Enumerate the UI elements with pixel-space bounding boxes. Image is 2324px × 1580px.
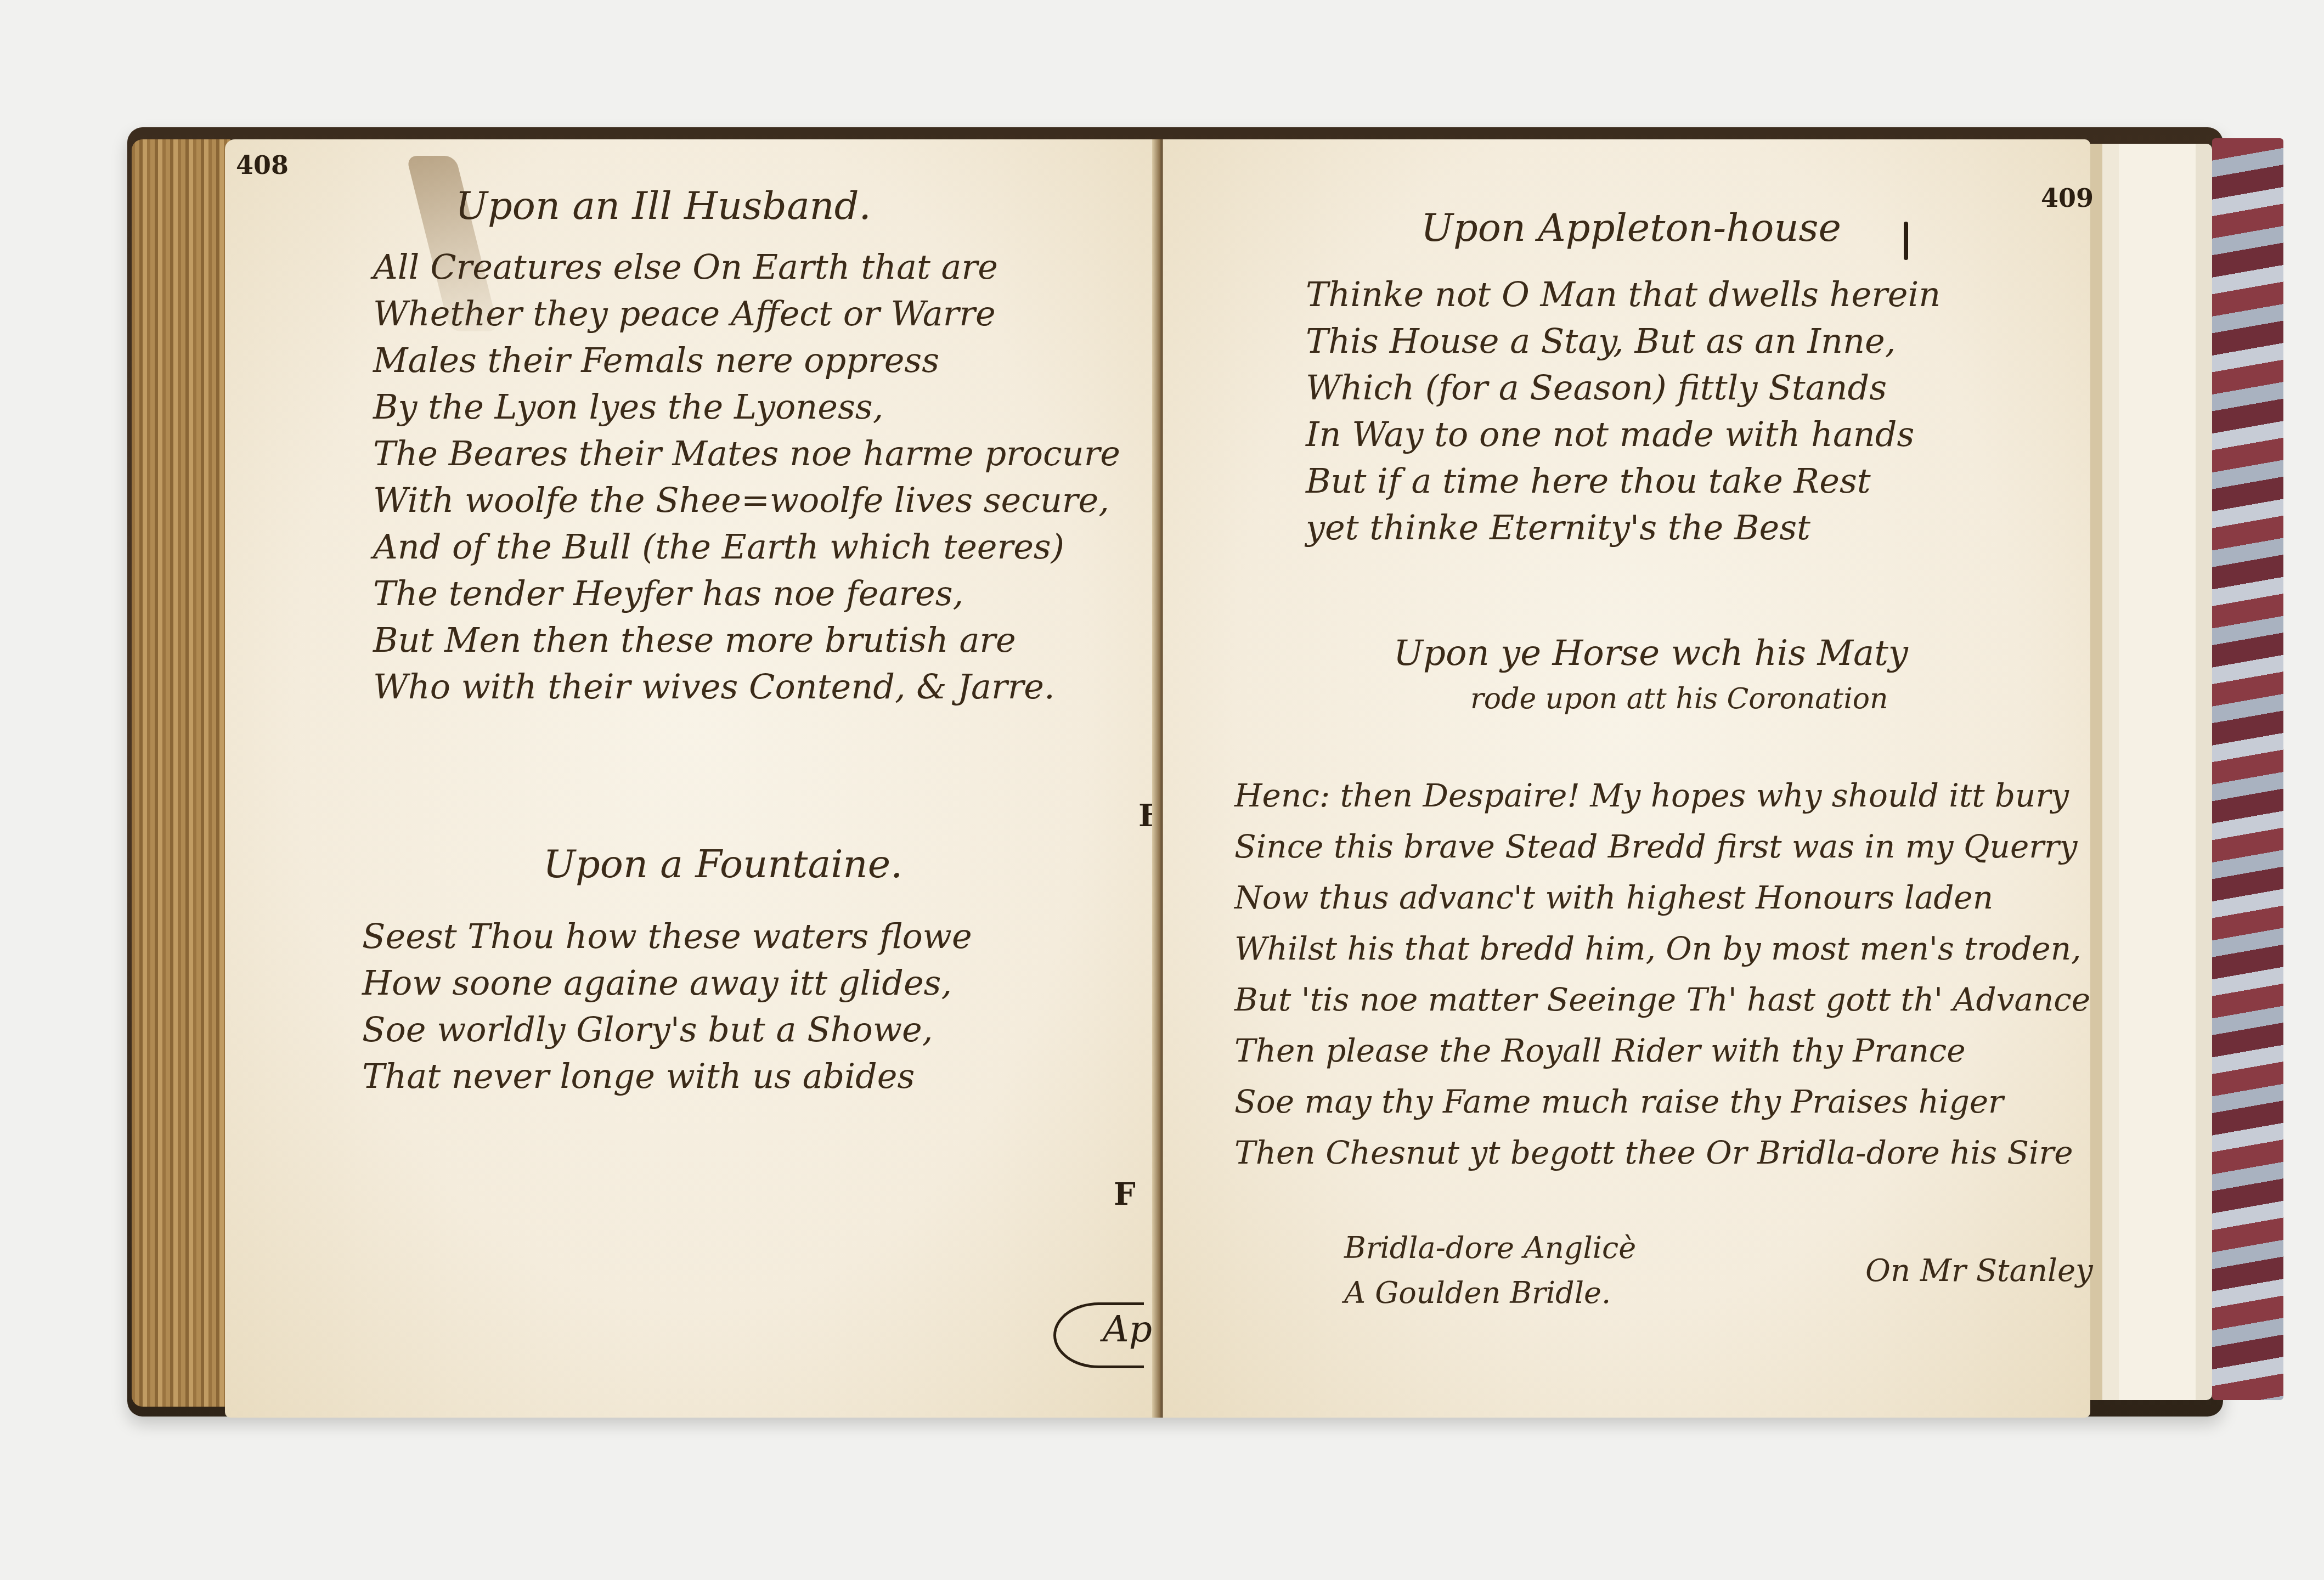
poem-line: Who with their wives Contend, & Jarre. [373, 663, 1120, 710]
poem-line: The Beares their Mates noe harme procure [373, 430, 1120, 477]
poem-line: But Men then these more brutish are [373, 617, 1120, 663]
poem-line: This House a Stay, But as an Inne, [1306, 318, 1941, 364]
end-mark-f: F [1114, 1176, 1136, 1212]
poem-title-horse-line2: rode upon att his Coronation [1470, 682, 1888, 715]
poem-line: And of the Bull (the Earth which teeres) [373, 523, 1120, 570]
poem-line: Males their Femals nere oppress [373, 337, 1120, 383]
poem-line: Henc: then Despaire! My hopes why should… [1234, 770, 2090, 821]
poem-line: All Creatures else On Earth that are [373, 244, 1120, 290]
left-page: 408 Upon an Ill Husband. All Creatures e… [225, 139, 1158, 1418]
poem-line: Soe worldly Glory's but a Showe, [362, 1006, 972, 1053]
poem-line: Seest Thou how these waters flowe [362, 913, 972, 960]
poem-line: Which (for a Season) fittly Stands [1306, 364, 1941, 411]
footnote-line: A Goulden Bridle. [1344, 1271, 1636, 1316]
poem-line: But if a time here thou take Rest [1306, 458, 1941, 504]
margin-ink-mark [1904, 222, 1908, 260]
poem-line: Then Chesnut yt begott thee Or Bridla-do… [1234, 1127, 2090, 1178]
poem-line: Then please the Royall Rider with thy Pr… [1234, 1025, 2090, 1076]
poem-line: With woolfe the Shee=woolfe lives secure… [373, 477, 1120, 523]
poem-line: By the Lyon lyes the Lyoness, [373, 383, 1120, 430]
page-number-right: 409 [2041, 183, 2094, 213]
poem-line: In Way to one not made with hands [1306, 411, 1941, 458]
poem-line: How soone againe away itt glides, [362, 960, 972, 1006]
poem-title-ill-husband: Upon an Ill Husband. [455, 183, 871, 228]
poem-title-fountaine: Upon a Fountaine. [543, 842, 902, 887]
poem-line: Since this brave Stead Bredd first was i… [1234, 821, 2090, 872]
poem-fountaine: Seest Thou how these waters flowe How so… [362, 913, 972, 1099]
poem-title-horse-line1: Upon ye Horse wch his Maty [1394, 633, 1908, 674]
left-fore-edge-gilt [132, 139, 230, 1407]
poem-line: yet thinke Eternity's the Best [1306, 504, 1941, 551]
footnote-line: Bridla-dore Anglicè [1344, 1226, 1636, 1271]
poem-line: But 'tis noe matter Seeinge Th' hast got… [1234, 974, 2090, 1025]
poem-line: Whether they peace Affect or Warre [373, 290, 1120, 337]
right-fore-edge-leaves [2086, 144, 2212, 1400]
marbled-endpaper [2212, 138, 2283, 1400]
poem-ill-husband: All Creatures else On Earth that are Whe… [373, 244, 1120, 710]
manuscript-book: 408 Upon an Ill Husband. All Creatures e… [127, 127, 2223, 1417]
page-number-left: 408 [236, 150, 289, 180]
poem-title-appleton-house: Upon Appleton-house [1421, 205, 1841, 250]
attribution-stanley: On Mr Stanley [1865, 1248, 2093, 1294]
poem-line: That never longe with us abides [362, 1053, 972, 1099]
poem-line: Whilst his that bredd him, On by most me… [1234, 923, 2090, 974]
poem-appleton-house: Thinke not O Man that dwells herein This… [1306, 271, 1941, 551]
footnote-bridle: Bridla-dore Anglicè A Goulden Bridle. [1344, 1226, 1636, 1316]
poem-line: Soe may thy Fame much raise thy Praises … [1234, 1076, 2090, 1127]
poem-line: Thinke not O Man that dwells herein [1306, 271, 1941, 318]
poem-coronation-horse: Henc: then Despaire! My hopes why should… [1234, 770, 2090, 1178]
right-page: 409 Upon Appleton-house Thinke not O Man… [1163, 139, 2090, 1418]
poem-line: Now thus advanc't with highest Honours l… [1234, 872, 2090, 923]
poem-line: The tender Heyfer has noe feares, [373, 570, 1120, 617]
